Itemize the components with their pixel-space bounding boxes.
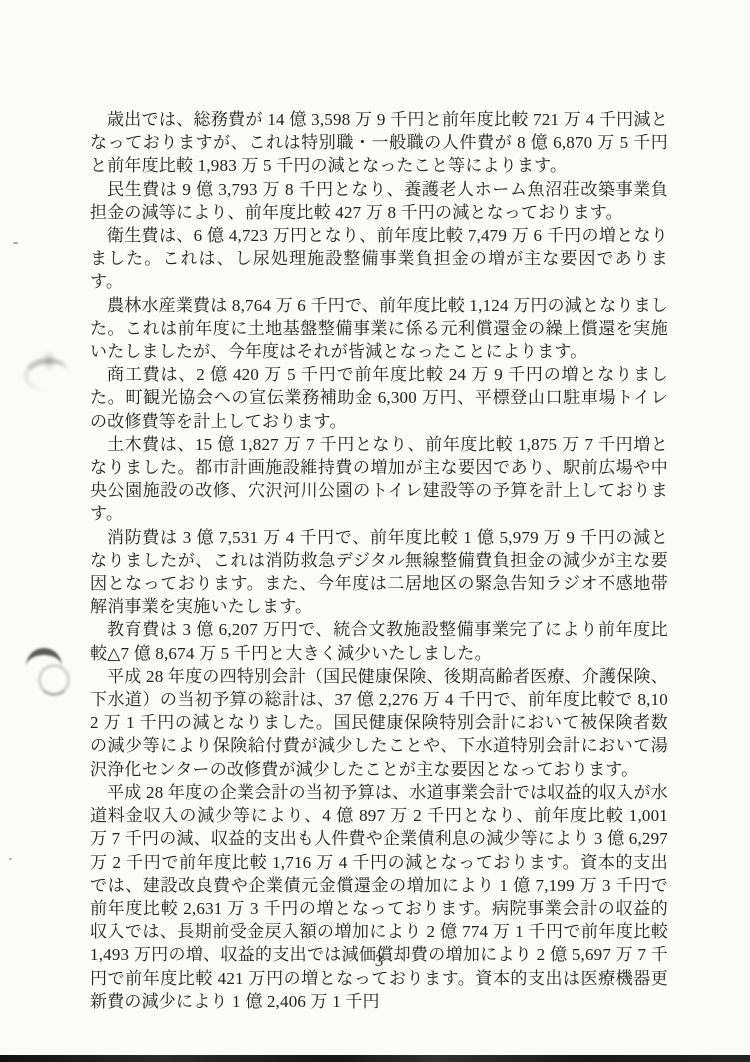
paragraph-8: 教育費は 3 億 6,207 万円で、統合文教施設整備事業完了により前年度比較△…	[90, 618, 668, 664]
page-number: 3	[90, 951, 668, 971]
document-body: 歳出では、総務費が 14 億 3,598 万 9 千円と前年度比較 721 万 …	[90, 108, 668, 1013]
paragraph-6: 土木費は、15 億 1,827 万 7 千円となり、前年度比較 1,875 万 …	[90, 433, 668, 526]
scan-speck	[9, 858, 12, 860]
scanned-document-page: 歳出では、総務費が 14 億 3,598 万 9 千円と前年度比較 721 万 …	[0, 0, 750, 1062]
scan-smudge-top	[16, 348, 72, 400]
paragraph-2: 民生費は 9 億 3,793 万 8 千円となり、養護老人ホーム魚沼荘改築事業負…	[90, 178, 668, 224]
scan-smudge-bottom	[22, 642, 74, 706]
paragraph-5: 商工費は、2 億 420 万 5 千円で前年度比較 24 万 9 千円の増となり…	[90, 363, 668, 433]
paragraph-3: 衛生費は、6 億 4,723 万円となり、前年度比較 7,479 万 6 千円の…	[90, 224, 668, 294]
scan-edge-bar	[0, 1055, 750, 1062]
scan-speck	[13, 242, 18, 244]
paragraph-4: 農林水産業費は 8,764 万 6 千円で、前年度比較 1,124 万円の減とな…	[90, 294, 668, 364]
paragraph-7: 消防費は 3 億 7,531 万 4 千円で、前年度比較 1 億 5,979 万…	[90, 526, 668, 619]
paragraph-1: 歳出では、総務費が 14 億 3,598 万 9 千円と前年度比較 721 万 …	[90, 108, 668, 178]
paragraph-10: 平成 28 年度の企業会計の当初予算は、水道事業会計では収益的収入が水道料金収入…	[90, 781, 668, 1013]
paragraph-9: 平成 28 年度の四特別会計（国民健康保険、後期高齢者医療、介護保険、下水道）の…	[90, 665, 668, 781]
